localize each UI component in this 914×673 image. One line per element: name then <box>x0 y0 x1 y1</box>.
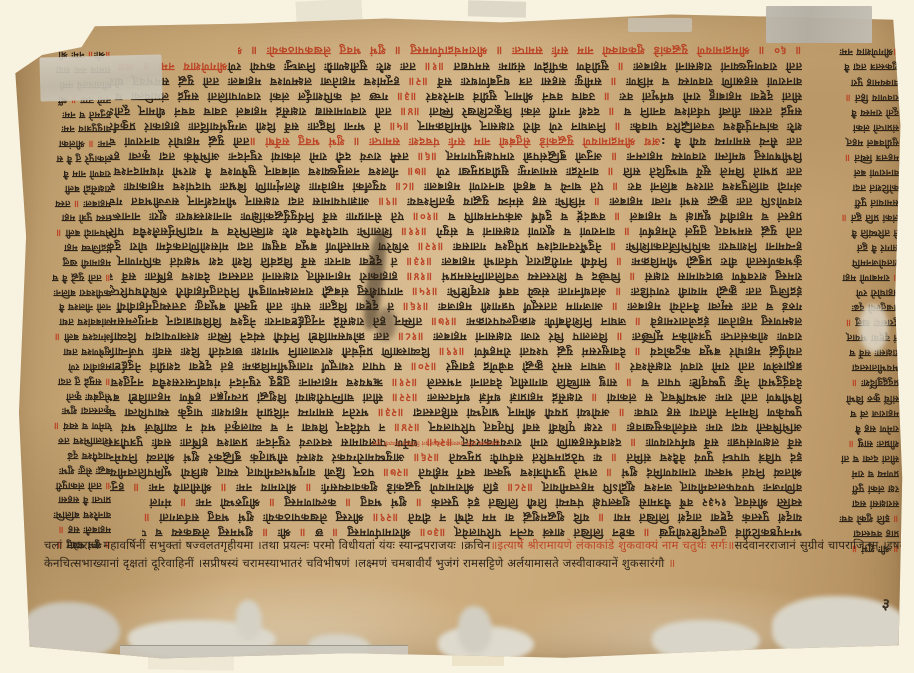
text-line: शरैः कांचनपुंखैश्च ज्वलद्भिरिव पावकैः ॥ … <box>110 119 802 134</box>
damage-patch <box>652 620 760 660</box>
black-ink-text: शतयोजनमपि <box>852 257 899 268</box>
black-ink-text: हनुमते नमः <box>110 481 133 494</box>
damage-patch <box>458 606 492 654</box>
red-rubric-text: ॥इत्यार्षे श्रीरामायणे लंकाकांडे शुकवाक्… <box>490 538 734 552</box>
red-rubric-text: ॥ <box>133 481 140 494</box>
red-rubric-text: ॥ <box>634 315 641 328</box>
manuscript-page: ॥ शुभं भवतु ॥महाबलैः सह ॥वानरैश्च बलिभिः… <box>10 8 904 661</box>
black-ink-text: वानराणां च शूराणां राक्षसानां च संयुगे <box>427 225 623 238</box>
red-rubric-text: ॥ <box>617 60 624 73</box>
tape-tab-top-center <box>468 0 526 18</box>
black-ink-text: वानरैश्च बलिभिः <box>54 509 111 520</box>
black-ink-text: ततो युद्धं समभवत् तुमुलं रोमहर्षणं <box>631 225 802 238</box>
black-ink-text: राक्षसेंद्रो बली <box>65 183 111 194</box>
text-line: स्वस्ति श्रीसंवत् १५३२ वर्षे चैत्रमासे श… <box>142 495 802 510</box>
black-ink-text: देवदुंदुभयो नेदुः पुष्पवृष्टिः पपात च <box>633 376 802 389</box>
text-line: रामेण च स्वयं ॥ <box>25 418 111 433</box>
text-line: रामाय नमः सदा <box>25 62 111 77</box>
black-ink-text: कल्याणमस्तु <box>276 496 345 509</box>
text-line: प्रहस्तं च महावीर्यं धूम्राक्षं च महाबलं… <box>110 209 802 224</box>
black-ink-text: श्रीरस्तु लेखकपाठकयोः शुभं भवतु सर्वजगता… <box>150 511 372 524</box>
black-ink-text: वानराणां बलं <box>854 167 899 178</box>
text-line: रामेण सह वै <box>805 421 899 436</box>
red-rubric-text: ॥२९॥ <box>372 511 399 524</box>
text-line: संधिं कुरु विभो <box>805 390 899 405</box>
text-line: अंगदश्च बली ॥ <box>25 329 111 344</box>
text-line: ॥ ततो लंकापुरी <box>25 478 111 493</box>
text-line: प्रदुद्रुवुर्दिशः ॥ <box>805 375 899 390</box>
black-ink-text: ततः क्रोधसमाविष्टो निर्ययौ स्यंदने स्थित… <box>110 330 397 343</box>
text-line: ॥ ततो युद्धे वै च <box>25 270 111 285</box>
red-rubric-text: ॥ <box>630 436 637 449</box>
black-ink-text: अभिषिक्तो यदा रामः सर्वलोकसुखावहः <box>618 421 802 434</box>
text-line: लंकापुरे तु वै स <box>25 151 111 166</box>
red-rubric-text: ॥२७॥ <box>382 466 409 479</box>
black-ink-text: श्रोतव्यं नियतं भक्त्या रामायणमिदं शुभं <box>613 466 802 479</box>
black-ink-text: अंगदश्च बली <box>61 331 111 342</box>
black-ink-text: प्रहस्तं च महावीर्यं धूम्राक्षं च महाबलं <box>621 210 802 223</box>
black-ink-text: हनुमते च नमः <box>62 109 111 120</box>
black-ink-text: वानरेंद्राः समाजग्मुः सुग्रीवप्रमुखा रणे <box>428 165 608 178</box>
black-ink-text: श्रीरामाय नमः <box>227 481 305 494</box>
text-line: सीतापतये नमो <box>25 77 111 92</box>
black-ink-text: उवाच वचनं श्रीमान् सुग्रीवं वानरेश्वरं <box>417 90 603 103</box>
text-line: वज्रतुल्यो दृढः <box>805 300 899 315</box>
black-ink-text: महत्तत्र स्थितं <box>851 152 899 163</box>
red-rubric-text: ॥ <box>220 481 227 494</box>
black-ink-text: राक्षसेंद्रं महाप्राज्ञं धर्मज्ञं धर्मवत… <box>418 391 590 404</box>
black-ink-text: सुषेणश्च तथा <box>63 346 111 357</box>
text-line: रावणोऽपि ततः क्रुद्धः सभां गत्वा महाबलः … <box>110 194 802 209</box>
black-ink-text: नागपाशैस्तु संबद्धौ रामलक्ष्मणावुभौ निपे… <box>110 285 411 298</box>
text-line: विभीषणं ततो रामः अभ्यषिंचत् स लंकायां ॥ … <box>110 390 802 405</box>
text-line: वायुपुत्राय नमः <box>25 122 111 137</box>
red-rubric-text: ॥२८॥ <box>507 481 534 494</box>
black-ink-text: पादपैश्च दृढं <box>67 450 111 461</box>
black-ink-text: ययुर्लंकां महावेगाः शैलशृंगाणि बिभ्रतः प… <box>110 180 395 193</box>
black-ink-text: जघान निशितैर्बाणैः शक्रतुल्यपराक्रमः <box>457 315 634 328</box>
black-ink-text: तयोर्युद्धं महाघोरं बभूव कटुकोदयं <box>641 345 802 358</box>
text-line: सुषेणश्च तथा <box>25 344 111 359</box>
text-line: महत्तत्र स्थितं ॥ <box>805 150 899 165</box>
red-rubric-text: ॥ <box>591 391 598 404</box>
black-ink-text: केनचित्सभाख्यानां दृक्षतां दूरिवाहिनीं ।… <box>44 556 668 570</box>
red-rubric-text: ॥ <box>143 511 150 524</box>
red-rubric-text: ॥१२॥ <box>417 240 444 253</box>
red-rubric-text: ॥ <box>623 225 630 238</box>
black-ink-text: श्रीलंका <box>59 138 89 149</box>
black-ink-text: विभीषणस्तु धर्मात्मा रावणस्य महात्मनः <box>618 150 802 163</box>
black-ink-text: हन्यमाना निशाचराः कपिभिर्जितकाशिभिः <box>617 240 802 253</box>
interlinear-note: शुकवाक्यं प्रति रावणस्य क्रोधवचनं लिखितं… <box>338 438 500 447</box>
red-rubric-text: ॥ <box>634 345 641 358</box>
black-ink-text: इंद्रजिच्च महा <box>64 242 111 253</box>
text-line: रक्ष लंकां पुरीं <box>805 481 899 496</box>
black-ink-text: गरुडं च ततः स्मृत्वा वैनतेयो महाबलः <box>619 300 802 313</box>
text-line: गरुडं च ततः स्मृत्वा वैनतेयो महाबलः ॥ आज… <box>110 299 802 314</box>
text-line: सागरं वै द्रुतं <box>805 240 899 255</box>
red-rubric-text: ॥ <box>615 285 622 298</box>
red-rubric-text: ॥ <box>607 165 614 178</box>
text-line: राक्षसेंद्रो बली <box>25 181 111 196</box>
black-ink-text: बद्धः सेतुः शुभः <box>59 465 111 476</box>
black-ink-text: ब्रह्मास्त्रेण ततो रामो रावणं राक्षसेश्व… <box>621 360 802 373</box>
black-ink-text: कोटिशतं तदा <box>852 182 899 193</box>
text-line: मेघनादो बली ॥ <box>25 225 111 240</box>
black-ink-text: लंकापुरे तु वै स <box>56 153 111 164</box>
text-line: नलो नीलश्च वै <box>25 300 111 315</box>
text-line: वणिग्जनः पण्यफलत्वमीयात् जनश्च शूद्रोऽपि… <box>110 480 802 495</box>
red-rubric-text: अथ श्रीमद्रामायणे युद्धकांडे सेतुबंधो ना… <box>249 135 660 148</box>
red-rubric-text: ॥१६॥ <box>402 300 429 313</box>
red-rubric-text: ॥ <box>54 420 60 431</box>
black-ink-text: सुग्रीवबलं महत् <box>846 137 899 148</box>
black-ink-text: तस्य <box>55 198 74 209</box>
black-ink-text: एते सेनाग्रगाः सर्वे निर्ययुर्युद्धकांक्… <box>110 210 412 223</box>
black-ink-text: महावीरा रणे <box>68 361 111 372</box>
red-rubric-text: ॥ <box>268 496 275 509</box>
text-line: प्रणम्य च रामं <box>805 466 899 481</box>
red-rubric-text: ॥ <box>610 240 617 253</box>
black-ink-text: संधिं कुरु विभो <box>846 393 899 404</box>
text-line: महाबलः ॥ तस्य <box>25 196 111 211</box>
black-ink-text: महामायी खलु <box>63 257 111 268</box>
text-line: सेतुबंधः कृतो <box>25 389 111 404</box>
black-ink-text: नमो नमः <box>77 94 111 105</box>
text-line: रामस्तु शरवर्षेण छादयामास राक्षसं ॥ चिच्… <box>110 269 802 284</box>
black-ink-text: ततः सैन्यं समागम्य ययौ वै : <box>660 135 802 148</box>
red-rubric-text: ॥ <box>611 421 618 434</box>
black-ink-text: ऋषयश्च महात्मानः तुष्टुवू रघुनंदनं गंधर्… <box>110 376 391 389</box>
damage-patch <box>438 626 534 662</box>
red-rubric-text: ॥ <box>55 331 61 342</box>
black-ink-text: यादृशं पुस्तकं दृष्ट्वा तादृशं लिखितं मय… <box>605 511 802 524</box>
red-rubric-text: ॥ <box>614 210 621 223</box>
red-rubric-text: ॥ <box>845 152 851 163</box>
black-ink-text: ते भग्ना विद्रुताः सर्वे दिशो जग्मुर्भया… <box>110 120 389 133</box>
black-ink-text: अंगदो वालिपुत्रश्च तारश्च बलिनां वरः <box>619 180 802 193</box>
red-rubric-text: ॥ <box>614 120 621 133</box>
text-line: रावणः शोकसंतप्तः पुत्रशोकेन मूर्च्छितः ॥… <box>110 329 802 344</box>
text-line: महामायी खलु <box>25 255 111 270</box>
text-line: रावणो नाम वै <box>25 166 111 181</box>
text-line: दूतो रामस्य वै <box>805 105 899 120</box>
text-line: ततः सैन्यं समागम्य ययौ वै :अथ श्रीमद्राम… <box>110 134 802 149</box>
black-ink-text: साधु साध्विति वागासीत् देवतानां नभस्तले <box>418 376 625 389</box>
red-rubric-text: ॥ <box>345 496 352 509</box>
black-ink-text: गच्छ त्वं कपिशार्दूल लंकां रावणपालितां स… <box>110 90 396 103</box>
black-ink-text: सीतां दत्वा च तां <box>841 453 899 464</box>
black-ink-text: मंत्रिभिः सह संमंत्र्य युद्धाय कृतनिश्चय… <box>398 195 593 208</box>
black-ink-text: शुकस्तत्र तदा वै <box>844 62 899 73</box>
red-rubric-text: ॥२२॥ <box>391 391 418 404</box>
red-rubric-text: ॥ <box>615 255 622 268</box>
black-ink-text: रामस्तु शरवर्षेण छादयामास राक्षसं <box>636 270 802 283</box>
black-ink-text: नमः <box>94 138 111 149</box>
text-line: यादृशं पुस्तकं दृष्ट्वा तादृशं लिखितं मय… <box>142 510 802 525</box>
text-line: महावीरा रणे <box>25 359 111 374</box>
black-ink-text: महाबलैः सह <box>64 524 111 535</box>
damage-patch <box>22 602 120 660</box>
text-line: समुद्रं तरसा तीर्त्वा पर्वतांश्च वनानि च… <box>110 104 802 119</box>
black-ink-text: प्रणम्य च रामं <box>852 468 899 479</box>
black-ink-text: रक्ष लंकां पुरीं <box>852 483 899 494</box>
red-rubric-text: ॥ <box>614 360 621 373</box>
black-ink-text: लंकां प्रति द्रुतं <box>847 212 899 223</box>
red-rubric-text: ॥ <box>56 227 62 238</box>
black-ink-text: ते तरिष्यंति वै <box>851 227 899 238</box>
black-ink-text: इति शुको वचः <box>839 513 893 524</box>
red-rubric-text: ॥१॥ <box>424 60 445 73</box>
black-ink-text: सदेवानरराजानं सुग्रीवं चापराजितम् ।इषदाग… <box>734 538 914 552</box>
black-ink-text: तं दृष्ट्वा वानराः सर्वे विद्रवंति दिशो … <box>110 255 406 268</box>
black-ink-text: यः पठेद्रामचरितं सर्वपापैः प्रमुच्यते <box>440 451 610 464</box>
text-line: शतयोजनमपि <box>805 255 899 270</box>
black-ink-text: समीयुः सहसा तत्र धनुर्बाणधराः सर्वे <box>429 75 610 88</box>
black-ink-text: तं दृष्ट्वा भयात् <box>847 332 899 343</box>
black-ink-text: श्रीसीतायै नमः <box>140 481 220 494</box>
text-line: दुरासदः खलु ॥ <box>805 315 899 330</box>
black-ink-text: विललाप चिरं राजा राक्षसानां महाबलः <box>424 330 616 343</box>
black-ink-text: शरैः कांचनपुंखैश्च ज्वलद्भिरिव पावकैः <box>621 120 802 133</box>
text-line: हन्यमाना निशाचराः कपिभिर्जितकाशिभिः ॥ ने… <box>110 239 802 254</box>
black-ink-text: एते चान्ये च बहवो वानराणां महाबलाः <box>415 180 611 193</box>
black-ink-text: दूतो रामस्य वै <box>851 107 899 118</box>
black-ink-text: सराक्षसां सदा <box>852 498 899 509</box>
black-ink-text: तं दृष्ट्वा विद्रुताः सर्पाः ततो मुक्तौ … <box>110 300 402 313</box>
red-rubric-text: ॥ <box>305 481 312 494</box>
black-ink-text: देवासुरसमं युद्धं पश्यतां रोमहर्षणं <box>465 345 634 358</box>
black-ink-text: इंद्रजित्तु ततः क्रुद्धो मायावी रणपंडितः <box>622 285 802 298</box>
black-ink-text: श्रीः <box>94 49 105 60</box>
text-line: समायातं पुरीं <box>805 195 899 210</box>
black-ink-text: श्रीः श्रीः श्रीः <box>142 511 143 524</box>
text-line: अंगदो वालिपुत्रश्च तारश्च बलिनां वरः ॥ ए… <box>110 179 802 194</box>
text-line: श्रोतव्यं नियतं भक्त्या रामायणमिदं शुभं … <box>110 465 802 480</box>
red-rubric-text: ॥ <box>893 513 899 524</box>
black-ink-text: ततो रावणमासाद्य राक्षसेंद्रं महाबलं उवाच… <box>110 105 400 118</box>
black-ink-text: न पर्यदेवन् विधवा न च व्यालकृतं भयं न व्… <box>110 421 393 434</box>
black-ink-text: ततो रावणमुख्यानां राक्षसानां महाबलः <box>624 60 802 73</box>
text-line: ततो युद्धं समभवत् तुमुलं रोमहर्षणं ॥ वान… <box>110 224 802 239</box>
red-rubric-text: ॥ <box>608 105 615 118</box>
black-ink-text: दुरासदः खलु <box>852 317 899 328</box>
red-rubric-text: ॥१८॥ <box>397 330 424 343</box>
black-ink-text: सेतुबंधः कृतो <box>66 391 111 402</box>
black-ink-text: स पपात रथात्तूर्णं गतासुर्भीमविक्रमः हतं… <box>110 360 410 373</box>
damage-patch <box>236 600 262 640</box>
text-line: सराक्षसां सदा <box>805 496 899 511</box>
text-line: वाक्यमाह पुरा <box>805 75 899 90</box>
black-ink-text: नीलश्च नलमुख्याश्च जांबवान् सुषेणश्च वै … <box>110 165 407 178</box>
text-line: रावणाय हितं ॥ <box>805 90 899 105</box>
text-line: महाराज त्वं च <box>805 406 899 421</box>
text-line: वानराणां सहस्राणि रावणस्य च मंत्रिणः ॥ स… <box>110 74 802 89</box>
text-line: सीतां दृष्ट्वा महाबाहू रामो धर्मभृतां वर… <box>110 89 802 104</box>
text-line: ॥ समुद्रे तु तदा <box>25 374 111 389</box>
text-line: पुष्पकेण विमानेन सीतया सह राघवः ॥ अयोध्य… <box>110 405 802 420</box>
black-ink-text: ररक्ष पृथिवीं सर्वां पितृवत् परिपालयन् <box>421 421 611 434</box>
black-ink-text: ततो युद्धं महाघोरं वानराणां च रक्षसां <box>110 135 249 148</box>
text-line: राक्षसाः सर्वे च <box>805 345 899 360</box>
red-rubric-text: ॥१९॥ <box>438 345 465 358</box>
red-rubric-text: ॥१०॥ <box>412 210 439 223</box>
main-text-block: भग्नपृष्ठकटिग्रीवं तुल्यदृष्टिरधोमुखं ॥ … <box>110 42 802 540</box>
red-rubric-text: ॥ <box>598 511 605 524</box>
red-rubric-text: ॥१४॥ <box>406 270 433 283</box>
black-ink-text: रामेण च स्वयं <box>60 420 111 431</box>
black-ink-text: रामाय नमः सदा <box>56 64 111 75</box>
black-ink-text: वणिग्जनः पण्यफलत्वमीयात् जनश्च शूद्रोऽपि… <box>534 481 802 494</box>
black-ink-text: सर्वे लक्षणसंपन्नाः सर्वे धर्मपरायणाः <box>637 436 802 449</box>
black-ink-text: सुग्रीवेण कपींद्रेण संग्रामः समपद्यत <box>445 60 617 73</box>
red-rubric-text: ॥ <box>841 212 847 223</box>
red-rubric-text: ॥९॥ <box>378 195 399 208</box>
text-line: ततो रावणमुख्यानां राक्षसानां महाबलः ॥ सु… <box>110 59 802 74</box>
black-ink-text: रावणो नाम वै <box>63 168 111 179</box>
damage-patch <box>128 620 276 658</box>
text-line: शुकस्तत्र तदा वै <box>805 59 899 74</box>
text-line: सीतां दत्वा च तां <box>805 451 899 466</box>
text-line: कोटिशतं तदा <box>805 180 899 195</box>
text-line: कुंभकर्णस्ततो वीरः प्रबुद्धो भीमविक्रमः … <box>110 254 802 269</box>
red-rubric-text: ॥८॥ <box>395 180 416 193</box>
red-rubric-text: ॥१३॥ <box>406 255 433 268</box>
red-rubric-text: ॥ <box>611 300 618 313</box>
text-line: इदं पवित्रं पापघ्नं पुण्यं वेदैश्च संमित… <box>110 450 802 465</box>
red-rubric-text: ॥ <box>611 150 618 163</box>
black-ink-text: जांबवांश्च तथा <box>59 316 111 327</box>
text-line: ॥ ६० ॥ श्रीमद्रामायणे युद्धकांडे शुकवाक्… <box>238 43 802 58</box>
black-ink-text: तस्य पुत्रो महा <box>62 212 111 223</box>
black-ink-text: रामबाणो महा <box>842 272 893 283</box>
black-ink-text: आयुष्यमारोग्यकरं यशस्यं सौभ्रातृकं बुद्ध… <box>110 451 413 464</box>
black-ink-text: तस्मै राज्यं ददौ रामो लंकायां रघुनंदनः अ… <box>110 150 417 163</box>
tape-top-edge <box>628 18 692 32</box>
text-line: विभीषणस्तु धर्मात्मा रावणस्य महात्मनः ॥ … <box>110 149 802 164</box>
black-ink-text: रुधिरेण समास्तीर्णा बभूव वसुधा तदा मांसश… <box>110 240 417 253</box>
red-rubric-text: ॥ <box>593 195 600 208</box>
text-line: भयभीतास्तदा <box>805 360 899 375</box>
black-ink-text: पुष्पकेण विमानेन सीतया सह राघवः <box>625 406 802 419</box>
black-ink-text: शिलाभिः पादपैश्चैव शरैः शक्तिभिरेव च गदा… <box>110 225 400 238</box>
black-ink-text: महाबलः <box>80 198 111 209</box>
black-ink-text: आज्ञापयामास तदा राक्षसान् भीमदर्शनान् सज… <box>110 195 378 208</box>
text-line: शिलाभिश्च तरु <box>25 433 111 448</box>
black-ink-text: ततो लंकापुरी <box>56 480 105 491</box>
tape-strip-bottom <box>120 645 408 662</box>
red-rubric-text: ॥२०॥ <box>410 360 437 373</box>
black-ink-text: समायातं पुरीं <box>855 197 899 208</box>
black-ink-text: सीतां चाग्निपरीक्षायां विशुद्धां प्रत्यग… <box>110 391 391 404</box>
red-rubric-text: ॥१५॥ <box>411 285 438 298</box>
black-ink-text: पठन् द्विजो वागृषभत्वमीयात् स्यात् क्षत्… <box>110 466 382 479</box>
black-ink-text: वज्रदंष्ट्रं च दुर्धर्षं अकंपनमथापि च <box>439 210 613 223</box>
red-rubric-text: ॥२३॥ <box>377 406 404 419</box>
text-line: कृतस्तदा शुभः <box>25 404 111 419</box>
text-line: पादपैश्च दृढं <box>25 448 111 463</box>
black-ink-text: शीघ्रतः साधु <box>854 438 899 449</box>
right-margin-column: ॥ श्रीः शुभं ॥प्राह वचस्तदा॥ इति शुको वच… <box>805 44 899 556</box>
text-line: ते तरिष्यंति वै <box>805 225 899 240</box>
red-rubric-text: ॥३॥ <box>396 90 417 103</box>
text-line: संप्राप्तो लंकां <box>805 120 899 135</box>
red-rubric-text: ॥६॥ <box>417 150 438 163</box>
text-line: वानराणां बलं <box>805 165 899 180</box>
black-ink-text: वायुपुत्राय नमः <box>61 123 111 134</box>
red-rubric-text: ॥ <box>610 451 617 464</box>
black-ink-text: कपीश्वरा बलिनः <box>54 287 111 298</box>
text-line: नमो नमः ॥ श्रीं <box>25 92 111 107</box>
text-line: नमः ॥ श्रीलंका <box>25 136 111 151</box>
black-ink-text: कृतस्तदा शुभः <box>62 405 111 416</box>
red-rubric-text: ॥ <box>618 406 625 419</box>
black-ink-text: विभीषणं ततो रामः अभ्यषिंचत् स लंकायां <box>598 391 802 404</box>
black-ink-text: श्रीगणेशाय नमः <box>839 46 893 57</box>
black-ink-text: महाघोरो रणे <box>856 287 899 298</box>
black-ink-text: इति श्रीरामायणे युद्धकांडे शुकवाक्यसर्गः <box>312 481 507 494</box>
text-line: देवदुंदुभयो नेदुः पुष्पवृष्टिः पपात च ॥ … <box>110 374 802 389</box>
red-rubric-text: ॥ <box>852 377 858 388</box>
black-ink-text: समुद्रे तु तदा <box>58 376 105 387</box>
red-rubric-text: ॥ <box>625 376 632 389</box>
red-rubric-text: ॥ <box>610 75 617 88</box>
black-ink-text: अनुजो बुद्धिसंपन्नो रामपक्षमुपागमत् <box>438 150 611 163</box>
black-ink-text: वाक्यमाह पुरा <box>851 77 899 88</box>
red-rubric-text: ॥ <box>180 496 187 509</box>
text-line: ॥श्रीगणेशाय नमः <box>805 44 899 59</box>
black-ink-text: नलो नीलश्च वै <box>59 302 111 313</box>
red-rubric-text: ॥ <box>668 556 675 570</box>
black-ink-text: दिव्यास्त्राणि प्रमुंचंतौ शरजालानि भागशः… <box>110 345 438 358</box>
text-line: लंकां प्रति द्रुतं ॥ <box>805 210 899 225</box>
text-line: अभिषिक्तो यदा रामः सर्वलोकसुखावहः ॥ ररक्… <box>110 420 802 435</box>
red-rubric-text: ॥ <box>606 466 613 479</box>
red-rubric-text: ॥२६॥ <box>413 451 440 464</box>
black-ink-text: यदि शुद्धमशुद्धं वा मम दोषो न दीयते <box>399 511 598 524</box>
black-ink-text: हनूमांश्च महातेजा लक्ष्मणश्च महाबलः ततो … <box>110 75 408 88</box>
photo-matte-background: { "colors":{ "background":"#f8f2e0", "pa… <box>0 0 914 673</box>
red-rubric-text: ॥ ६० ॥ श्रीमद्रामायणे युद्धकांडे शुकवाक्… <box>238 45 802 58</box>
black-ink-text: निजघान रणे वीरो राक्षसान् भीमविक्रमान् <box>410 120 614 133</box>
red-rubric-text: ॥ <box>603 90 610 103</box>
text-line: बद्धः सेतुः शुभः <box>25 463 111 478</box>
red-rubric-text: ॥ <box>88 49 94 60</box>
text-line: तस्य पुत्रो महा <box>25 211 111 226</box>
black-ink-text: महाराज त्वं च <box>850 408 899 419</box>
black-ink-text: सागरं वै द्रुतं <box>857 242 899 253</box>
text-line: कपीश्वरा बलिनः <box>25 285 111 300</box>
black-ink-text: समुद्रं तरसा तीर्त्वा पर्वतांश्च वनानि च <box>615 105 802 118</box>
red-rubric-text: ॥ <box>893 272 899 283</box>
black-ink-text: वानराणां सहस्राणि रावणस्य च मंत्रिणः <box>617 75 802 88</box>
black-ink-text: रामेण सह वै <box>855 423 899 434</box>
black-ink-text: शिलाभिश्च तरु <box>58 435 111 446</box>
black-ink-text: सीतां दृष्ट्वा महाबाहू रामो धर्मभृतां वर… <box>611 90 802 103</box>
red-rubric-text: ॥ <box>846 317 852 328</box>
text-line: केनचित्सभाख्यानां दृक्षतां दूरिवाहिनीं ।… <box>44 554 914 572</box>
text-line: महाघोरो रणे <box>805 285 899 300</box>
text-line: चलां महाराजं महावर्षिनीं सभुक्तां षज्वलत… <box>44 536 914 554</box>
text-line: सुग्रीवबलं महत् <box>805 135 899 150</box>
black-ink-text: वज्रतुल्यो दृढः <box>852 302 899 313</box>
text-line: तं दृष्ट्वा भयात् <box>805 330 899 345</box>
red-rubric-text: ॥ <box>58 524 64 535</box>
black-ink-text: चलां महाराजं महावर्षिनीं सभुक्तां षज्वलत… <box>44 538 490 552</box>
black-ink-text: रावणोऽपि ततः क्रुद्धः सभां गत्वा महाबलः <box>601 195 802 208</box>
red-rubric-text: ॥ <box>893 46 899 57</box>
text-line: हनुमते च नमः <box>25 107 111 122</box>
